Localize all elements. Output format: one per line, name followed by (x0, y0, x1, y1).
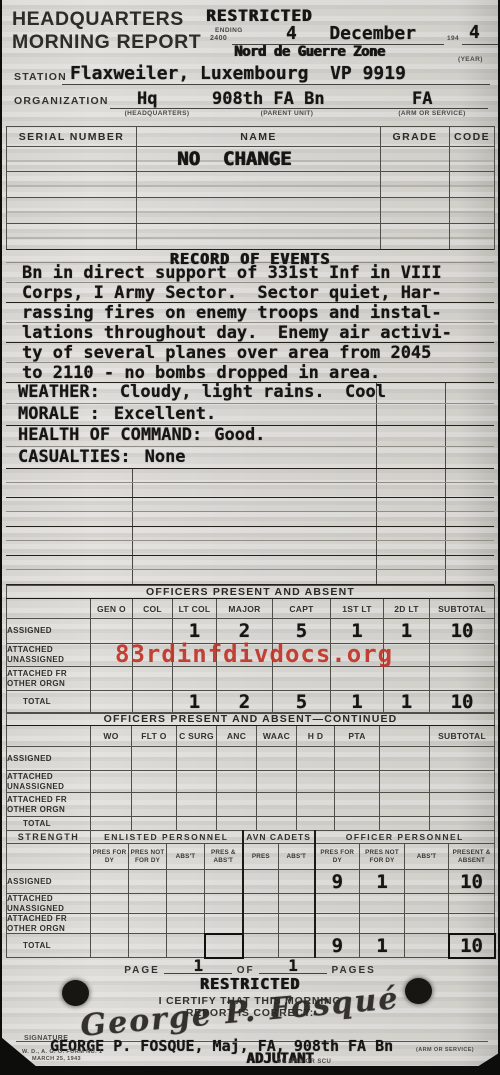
empty-cell (177, 747, 217, 771)
parent-unit-caption: (PARENT UNIT) (242, 110, 332, 117)
record-line: lations throughout day. Enemy air activi… (6, 323, 494, 343)
officers-continued-table: OFFICERS PRESENT AND ABSENT—CONTINUED WO… (6, 712, 495, 831)
casualties-label: CASUALTIES: (18, 447, 131, 468)
pages-label: PAGES (332, 965, 376, 976)
empty-cell (137, 172, 381, 198)
empty-cell (177, 817, 217, 831)
assigned-subtotal-count: 10 (430, 619, 495, 644)
organization-arm: FA (412, 89, 432, 109)
empty-cell (257, 747, 297, 771)
empty-cell (279, 914, 315, 934)
casualties-value: None (145, 447, 186, 468)
empty-cell (297, 793, 335, 817)
subcol-enl-pres-abst: PRES & ABS'T (205, 844, 243, 870)
empty-cell (430, 771, 495, 793)
ending-label: ENDING (215, 27, 243, 34)
row-label-total: TOTAL (7, 817, 91, 831)
blank-entry-section (6, 469, 494, 585)
blank-rule (6, 541, 494, 556)
empty-cell (129, 870, 167, 894)
officers-table-title: OFFICERS PRESENT AND ABSENT (7, 586, 495, 599)
total-lt-col-count: 1 (173, 691, 217, 714)
empty-cell (7, 844, 91, 870)
empty-cell (430, 817, 495, 831)
empty-cell (91, 747, 132, 771)
empty-cell (297, 747, 335, 771)
empty-cell (381, 147, 450, 172)
morale-label: MORALE : (18, 404, 100, 425)
morale-value: Excellent. (114, 404, 216, 425)
row-label-total: TOTAL (7, 691, 91, 714)
subcol-enl-abst: ABS'T (167, 844, 205, 870)
empty-cell (450, 224, 495, 250)
empty-cell (7, 726, 91, 747)
empty-cell (133, 667, 173, 691)
empty-cell (129, 894, 167, 914)
no-change-entry: NO CHANGE (177, 148, 291, 170)
blank-rule (6, 469, 494, 483)
empty-cell (205, 914, 243, 934)
row-label-attached-unassigned: ATTACHED UNASSIGNED (7, 771, 91, 793)
empty-cell (430, 793, 495, 817)
form-title-line2: MORNING REPORT (12, 31, 201, 54)
empty-cell (129, 914, 167, 934)
total-major-count: 2 (217, 691, 273, 714)
form-header: HEADQUARTERS MORNING REPORT RESTRICTED E… (10, 4, 492, 60)
empty-cell (91, 894, 129, 914)
empty-cell (360, 894, 405, 914)
empty-cell (405, 894, 449, 914)
duty-caption: DU MRD OR SCU (277, 1059, 331, 1065)
subcol-enl-pres-for-dy: PRES FOR DY (91, 844, 129, 870)
strength-label: STRENGTH (7, 831, 91, 844)
record-line: to 2110 - no bombs dropped in area. (6, 363, 494, 383)
footer-section: PAGE 1 OF 1 PAGES RESTRICTED I CERTIFY T… (2, 955, 498, 1066)
empty-cell (360, 914, 405, 934)
empty-cell (297, 817, 335, 831)
column-header-1st-lt: 1ST LT (331, 599, 384, 619)
empty-cell (91, 870, 129, 894)
roster-header-code: CODE (450, 127, 495, 147)
roster-header-grade: GRADE (381, 127, 450, 147)
empty-cell (7, 599, 91, 619)
subcol-enl-pres-not: PRES NOT FOR DY (129, 844, 167, 870)
officers-continued-title: OFFICERS PRESENT AND ABSENT—CONTINUED (7, 713, 495, 726)
year-line (462, 44, 498, 45)
status-section: WEATHER: Cloudy, light rains. Cool MORAL… (6, 383, 494, 469)
empty-cell (450, 147, 495, 172)
empty-cell (380, 771, 430, 793)
empty-cell (430, 644, 495, 667)
column-header-capt: CAPT (273, 599, 331, 619)
record-line: rassing fires on enemy troops and instal… (6, 303, 494, 323)
pages-number: 1 (259, 959, 327, 974)
empty-cell (449, 894, 495, 914)
subcol-off-pres-abs: PRESENT & ABSENT (449, 844, 495, 870)
empty-cell (217, 747, 257, 771)
roster-entry-cell: NO CHANGE (137, 147, 381, 172)
empty-cell (7, 172, 137, 198)
roster-table: SERIAL NUMBER NAME GRADE CODE NO CHANGE (6, 126, 495, 250)
row-label-assigned: ASSIGNED (7, 747, 91, 771)
empty-cell (384, 667, 430, 691)
total-1st-lt-count: 1 (331, 691, 384, 714)
adjutant-label: ADJUTANT (32, 1051, 500, 1067)
column-header-subtotal: SUBTOTAL (430, 599, 495, 619)
group-avn-cadets: AVN CADETS (243, 831, 315, 844)
row-label-attached-fr: ATTACHED FR OTHER ORGN (7, 914, 91, 934)
row-label-attached-unassigned: ATTACHED UNASSIGNED (7, 644, 91, 667)
empty-cell (205, 894, 243, 914)
empty-cell (132, 793, 177, 817)
record-line: Corps, I Army Sector. Sector quiet, Har- (6, 283, 494, 303)
empty-cell (91, 667, 133, 691)
empty-cell (137, 198, 381, 224)
column-header-major: MAJOR (217, 599, 273, 619)
health-label: HEALTH OF COMMAND: (18, 425, 202, 446)
empty-cell (331, 667, 384, 691)
subcol-cadet-pres: PRES (243, 844, 279, 870)
empty-cell (243, 870, 279, 894)
subcol-cadet-abst: ABS'T (279, 844, 315, 870)
blank-rule (6, 498, 494, 512)
punch-hole-right (405, 978, 432, 1004)
headquarters-caption: (HEADQUARTERS) (112, 110, 202, 117)
empty-cell (91, 771, 132, 793)
total-subtotal-count: 10 (430, 691, 495, 714)
empty-cell (279, 870, 315, 894)
empty-cell (243, 914, 279, 934)
date-value: 4 December (286, 23, 416, 44)
page-label: PAGE (124, 965, 160, 976)
empty-cell (133, 691, 173, 714)
row-label-attached-unassigned: ATTACHED UNASSIGNED (7, 894, 91, 914)
empty-cell (380, 793, 430, 817)
assigned-off-pres-not-count: 1 (360, 870, 405, 894)
assigned-off-pres-count: 9 (315, 870, 360, 894)
empty-cell (173, 667, 217, 691)
empty-cell (257, 771, 297, 793)
weather-label: WEATHER: (18, 382, 100, 403)
group-enlisted-personnel: ENLISTED PERSONNEL (91, 831, 243, 844)
empty-cell (335, 817, 380, 831)
website-watermark: 83rdinfdivdocs.org (115, 640, 393, 668)
page-line: PAGE 1 OF 1 PAGES (2, 955, 498, 976)
empty-cell (7, 224, 137, 250)
empty-cell (132, 747, 177, 771)
strength-table: STRENGTH ENLISTED PERSONNEL AVN CADETS O… (6, 830, 496, 959)
weather-value: Cloudy, light rains. Cool (120, 382, 386, 403)
blank-rule (6, 556, 494, 570)
row-label-assigned: ASSIGNED (7, 619, 91, 644)
arm-service-caption: (ARM OR SERVICE) (387, 110, 477, 117)
blank-rule (6, 483, 494, 498)
empty-cell (381, 224, 450, 250)
empty-cell (167, 894, 205, 914)
empty-cell (257, 793, 297, 817)
roster-header-name: NAME (137, 127, 381, 147)
empty-cell (243, 894, 279, 914)
empty-cell (177, 771, 217, 793)
year-value: 4 (469, 22, 480, 43)
blank-rule (6, 527, 494, 541)
column-header-hd: H D (297, 726, 335, 747)
ending-time: 2400 (210, 35, 227, 42)
empty-cell (450, 172, 495, 198)
record-line: Bn in direct support of 331st Inf in VII… (6, 263, 494, 283)
organization-label: ORGANIZATION (14, 95, 109, 107)
empty-cell (205, 870, 243, 894)
roster-header-serial: SERIAL NUMBER (7, 127, 137, 147)
empty-cell (257, 817, 297, 831)
empty-cell (91, 914, 129, 934)
empty-cell (380, 817, 430, 831)
empty-cell (217, 793, 257, 817)
row-label-attached-fr: ATTACHED FR OTHER ORGN (7, 667, 91, 691)
subcol-off-abst: ABS'T (405, 844, 449, 870)
record-of-events-title: RECORD OF EVENTS (6, 249, 494, 263)
empty-cell (380, 747, 430, 771)
column-header-anc: ANC (217, 726, 257, 747)
empty-cell (7, 147, 137, 172)
row-label-attached-fr: ATTACHED FR OTHER ORGN (7, 793, 91, 817)
form-title: HEADQUARTERS MORNING REPORT (12, 8, 201, 54)
column-header-subtotal: SUBTOTAL (430, 726, 495, 747)
record-line: ty of several planes over area from 2045 (6, 343, 494, 363)
blank-rule (6, 570, 494, 585)
empty-cell (430, 667, 495, 691)
empty-cell (217, 667, 273, 691)
empty-cell (450, 198, 495, 224)
empty-cell (217, 771, 257, 793)
column-header-2d-lt: 2D LT (384, 599, 430, 619)
form-title-line1: HEADQUARTERS (12, 8, 201, 31)
empty-cell (167, 914, 205, 934)
page-number: 1 (164, 959, 232, 974)
row-label-assigned: ASSIGNED (7, 870, 91, 894)
empty-cell (315, 914, 360, 934)
empty-cell (91, 793, 132, 817)
subcol-off-pres-for-dy: PRES FOR DY (315, 844, 360, 870)
empty-cell (315, 894, 360, 914)
column-header-c-surg: C SURG (177, 726, 217, 747)
empty-cell (137, 224, 381, 250)
column-header-gen-o: GEN O (91, 599, 133, 619)
empty-cell (177, 793, 217, 817)
empty-cell (279, 894, 315, 914)
punch-hole-left (62, 980, 89, 1006)
empty-cell (335, 747, 380, 771)
organization-row: ORGANIZATION Hq 908th FA Bn FA (HEADQUAR… (10, 88, 492, 120)
morning-report-document: HEADQUARTERS MORNING REPORT RESTRICTED E… (2, 0, 498, 1066)
empty-cell (430, 747, 495, 771)
empty-cell (381, 198, 450, 224)
empty-cell (405, 870, 449, 894)
empty-cell (297, 771, 335, 793)
column-header-flt-o: FLT O (132, 726, 177, 747)
station-line (62, 84, 490, 85)
organization-parent: 908th FA Bn (212, 89, 325, 109)
empty-cell (449, 914, 495, 934)
empty-cell (335, 771, 380, 793)
column-header-pta: PTA (335, 726, 380, 747)
empty-cell (91, 817, 132, 831)
health-value: Good. (214, 425, 265, 446)
station-label: STATION (14, 71, 67, 83)
empty-cell (381, 172, 450, 198)
record-of-events-section: RECORD OF EVENTS Bn in direct support of… (6, 249, 494, 383)
year-prefix: 194 (447, 35, 459, 42)
empty-cell (273, 667, 331, 691)
total-2d-lt-count: 1 (384, 691, 430, 714)
scan-corner (1, 1037, 37, 1067)
assigned-off-total-count: 10 (449, 870, 495, 894)
organization-unit: Hq (137, 89, 157, 109)
empty-cell (335, 793, 380, 817)
column-header-wo: WO (91, 726, 132, 747)
empty-cell (405, 914, 449, 934)
column-header-lt-col: LT COL (173, 599, 217, 619)
column-header-blank (380, 726, 430, 747)
station-row: STATION Flaxweiler, Luxembourg VP 9919 (10, 60, 492, 88)
blank-rule (6, 512, 494, 527)
total-capt-count: 5 (273, 691, 331, 714)
empty-cell (217, 817, 257, 831)
scan-corner (477, 1053, 499, 1067)
empty-cell (7, 198, 137, 224)
zone-value: Nord de Guerre Zone (234, 44, 385, 60)
column-header-waac: WAAC (257, 726, 297, 747)
subcol-off-pres-not: PRES NOT FOR DY (360, 844, 405, 870)
empty-cell (132, 771, 177, 793)
column-header-col: COL (133, 599, 173, 619)
empty-cell (167, 870, 205, 894)
group-officer-personnel: OFFICER PERSONNEL (315, 831, 495, 844)
station-value: Flaxweiler, Luxembourg VP 9919 (70, 63, 406, 84)
empty-cell (91, 691, 133, 714)
empty-cell (132, 817, 177, 831)
